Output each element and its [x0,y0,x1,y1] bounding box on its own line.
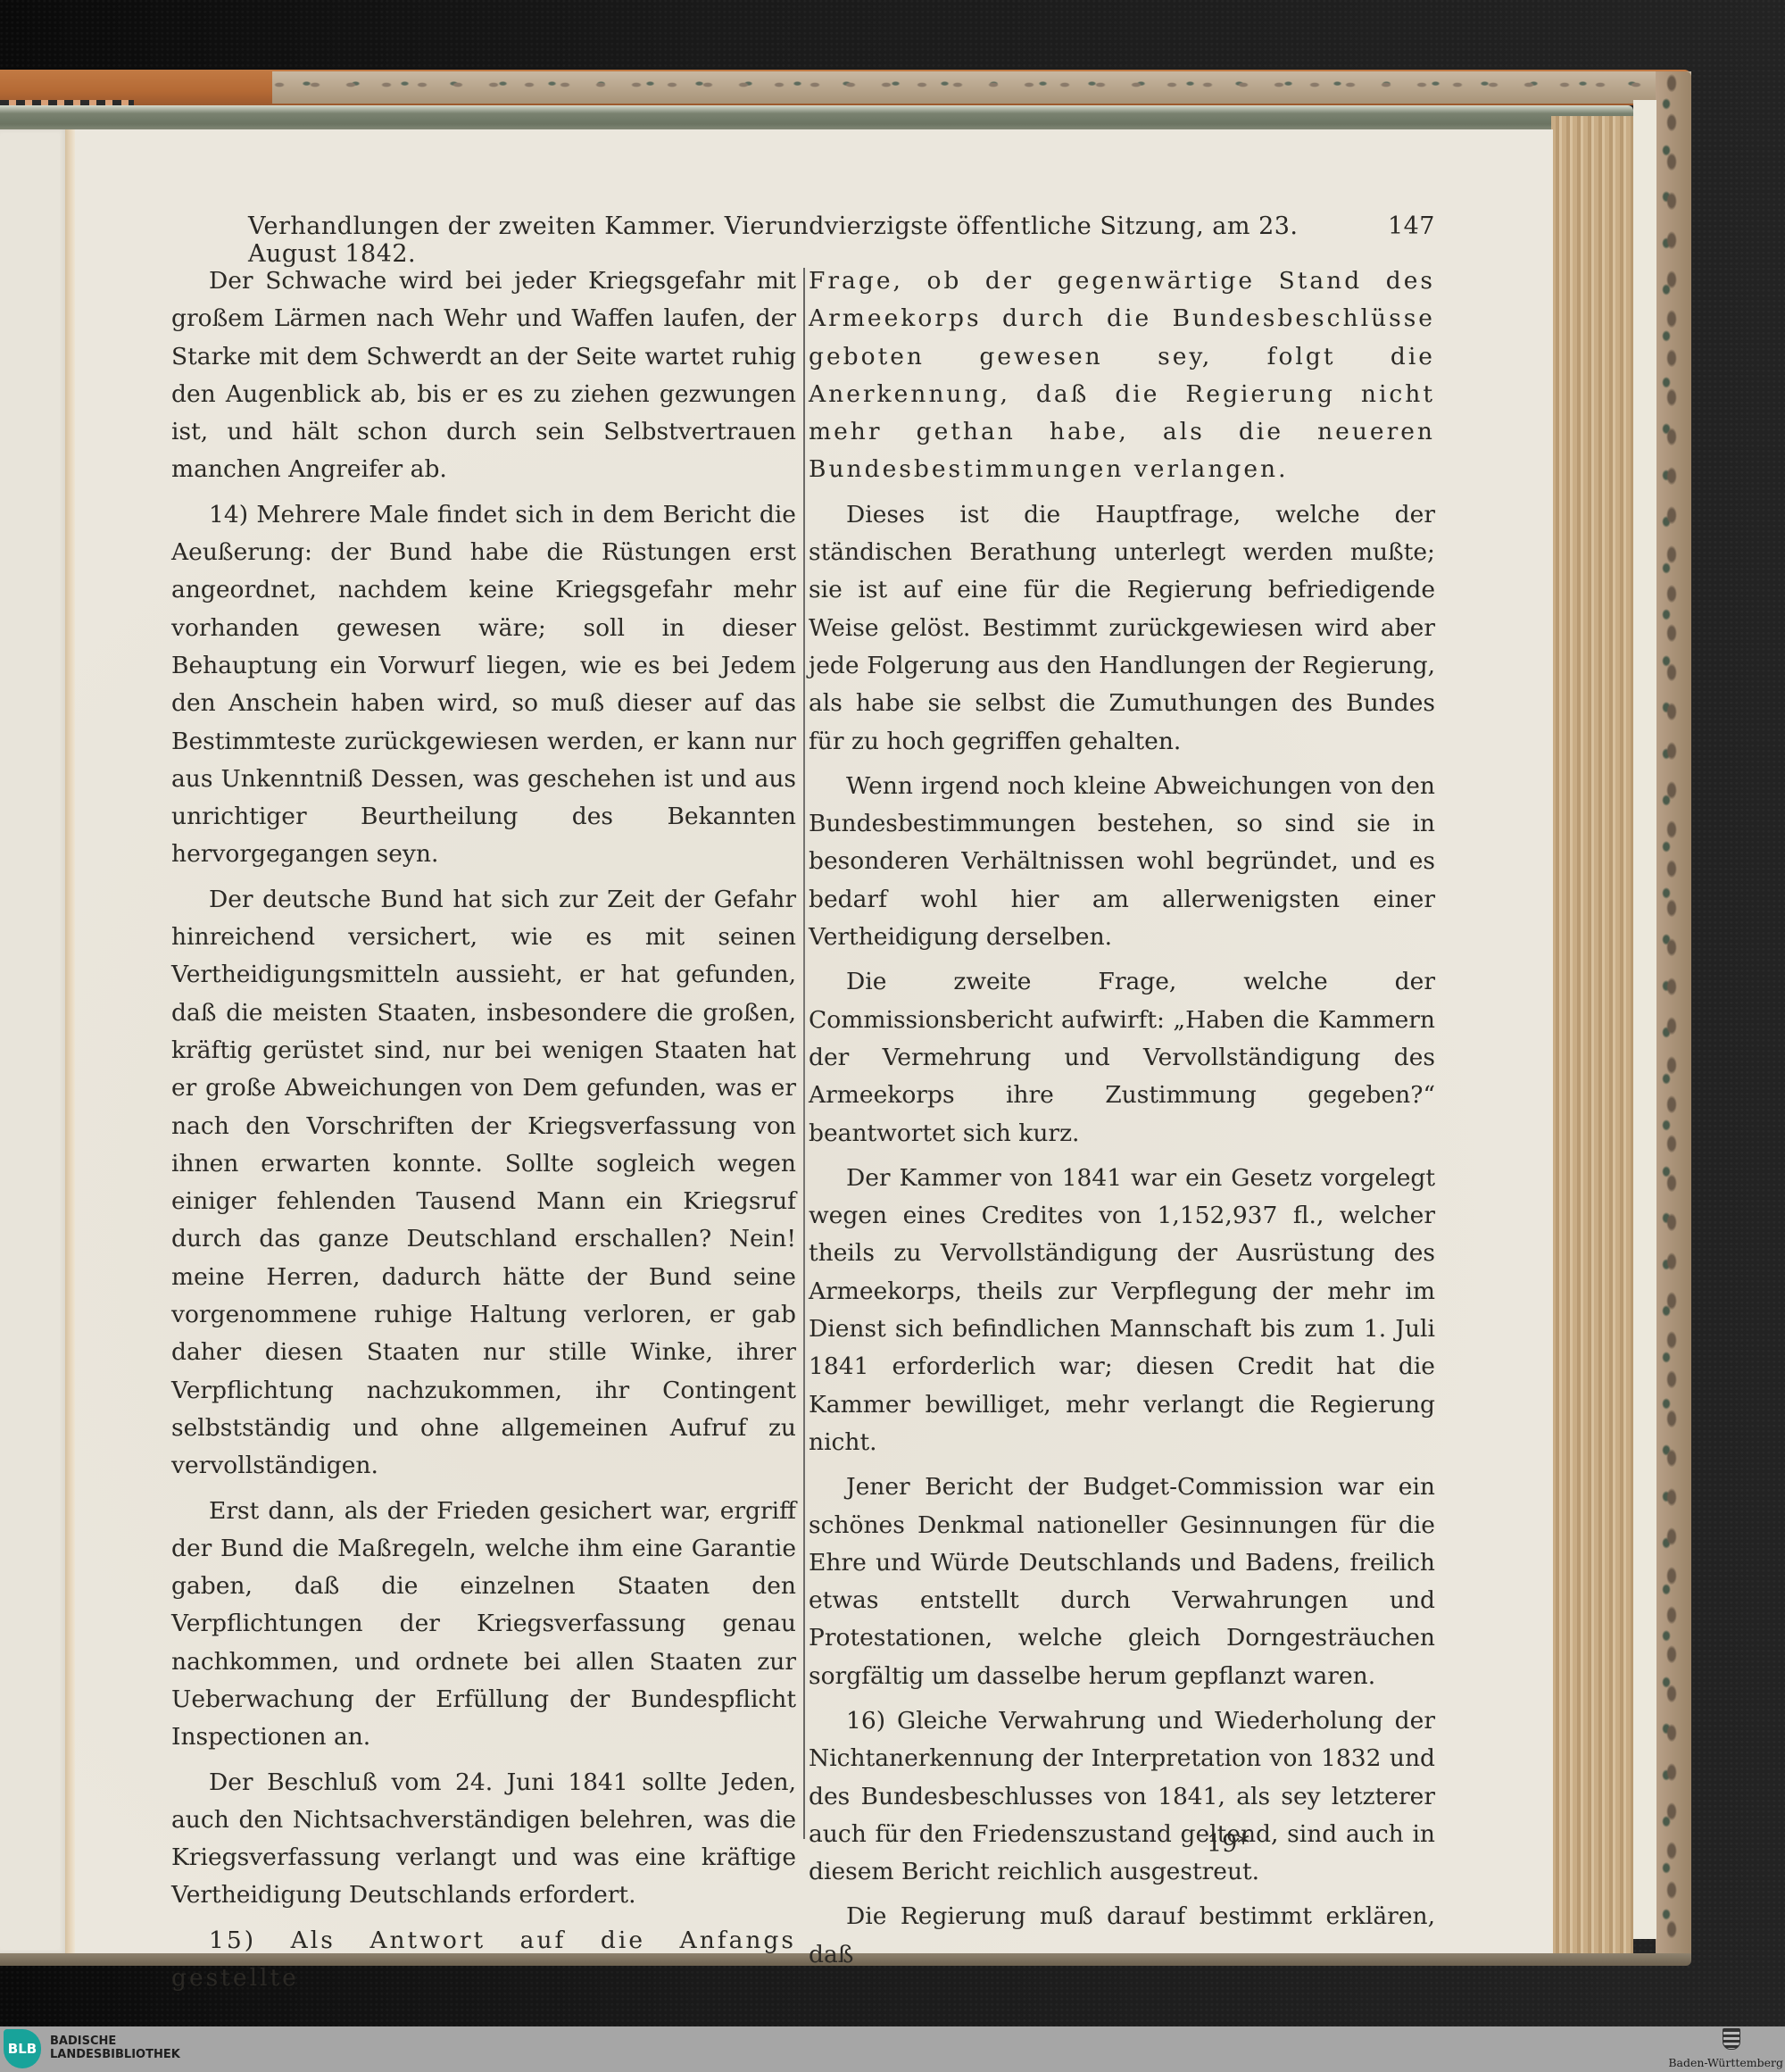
paragraph-continued: Frage, ob der gegenwärtige Stand des Arm… [809,262,1435,489]
coat-of-arms-icon [1723,2028,1740,2050]
marbled-cover-right [1656,71,1691,1964]
paragraph-15: 15) Als Antwort auf die Anfangs gestellt… [171,1922,796,1998]
state-name[interactable]: Baden-Württemberg [1668,2056,1783,2069]
printer-signature-mark: 19* [1207,1830,1249,1858]
paragraph: Jener Bericht der Budget-Commission war … [809,1469,1435,1695]
library-name-line1: BADISCHE [50,2035,180,2048]
paragraph: Dieses ist die Hauptfrage, welche der st… [809,496,1435,761]
text-column-right: Frage, ob der gegenwärtige Stand des Arm… [809,262,1435,1981]
flyleaf [1633,100,1656,1939]
running-title: Verhandlungen der zweiten Kammer. Vierun… [248,212,1388,268]
page-block-fore-edge [1551,116,1633,1953]
marbled-cover-top [272,71,1691,104]
paragraph: Erst dann, als der Frieden gesichert war… [171,1493,796,1757]
library-name[interactable]: BADISCHE LANDESBIBLIOTHEK [50,2035,180,2061]
page-block-top-edge [0,105,1633,132]
column-divider [803,268,805,1839]
library-name-line2: LANDESBIBLIOTHEK [50,2048,180,2061]
text-column-left: Der Schwache wird bei jeder Kriegsgefahr… [171,262,796,2004]
paragraph: Der Kammer von 1841 war ein Gesetz vorge… [809,1160,1435,1461]
page-number: 147 [1388,212,1435,240]
paragraph: Der Beschluß vom 24. Juni 1841 sollte Je… [171,1764,796,1915]
paragraph-16: 16) Gleiche Verwahrung und Wiederholung … [809,1702,1435,1891]
blb-logo-icon[interactable]: BLB [4,2029,41,2068]
paragraph: Der Schwache wird bei jeder Kriegsgefahr… [171,262,796,489]
paragraph: Die zweite Frage, welche der Commissions… [809,963,1435,1152]
paragraph-14: 14) Mehrere Male findet sich in dem Beri… [171,496,796,874]
left-page-sliver [0,129,67,1953]
paragraph: Die Regierung muß darauf bestimmt erklär… [809,1898,1435,1974]
running-head: Verhandlungen der zweiten Kammer. Vierun… [248,212,1435,268]
paragraph: Wenn irgend noch kleine Abweichungen von… [809,768,1435,956]
footer-bar [0,2026,1785,2072]
paragraph: Der deutsche Bund hat sich zur Zeit der … [171,881,796,1485]
